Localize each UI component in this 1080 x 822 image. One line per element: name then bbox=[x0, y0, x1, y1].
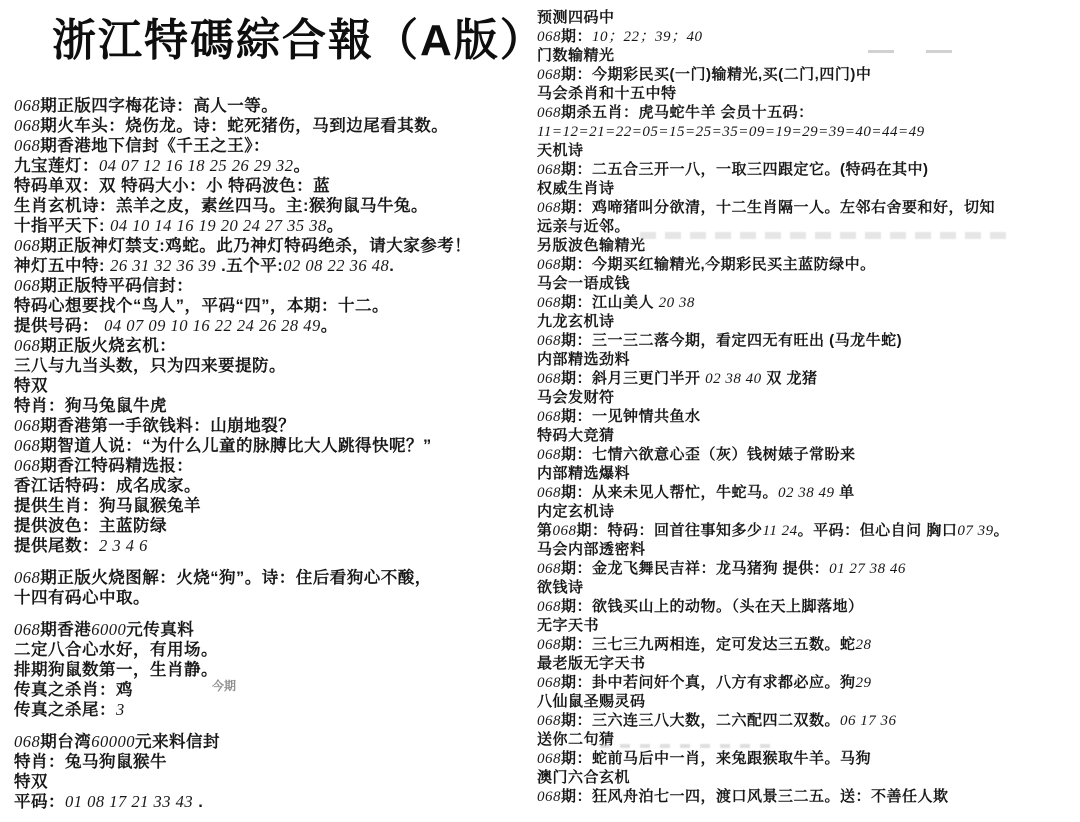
number-sequence: 068 bbox=[537, 599, 561, 615]
text-line: 特码大竞猜 bbox=[537, 426, 1077, 445]
text-line: 门数输精光 bbox=[537, 46, 1077, 65]
number-sequence: 29 bbox=[856, 675, 872, 691]
right-column: 预测四码中068期：10；22；39；40门数输精光068期：今期彩民买(一门)… bbox=[537, 8, 1077, 806]
text-line: 068期：三七三九两相连，定可发达三五数。蛇28 bbox=[537, 635, 1077, 654]
text-line: 二定八合心水好，有用场。 bbox=[14, 640, 524, 660]
number-sequence: 068 bbox=[14, 620, 40, 639]
text-line: 马会杀肖和十五中特 bbox=[537, 84, 1077, 103]
number-sequence: 3 bbox=[116, 700, 125, 719]
number-sequence: 11=12=21=22=05=15=25=35=09=19=29=39=40=4… bbox=[537, 124, 925, 140]
text-line: 068期香港地下信封《千王之王》： bbox=[14, 136, 524, 156]
text-line: 提供波色：主蓝防绿 bbox=[14, 516, 524, 536]
text-line: 068期香江特码精选报： bbox=[14, 456, 524, 476]
text-line: 预测四码中 bbox=[537, 8, 1077, 27]
number-sequence: 068 bbox=[537, 713, 561, 729]
number-sequence: 04 07 12 16 18 25 26 29 32 bbox=[99, 156, 294, 175]
number-sequence: 068 bbox=[537, 162, 561, 178]
number-sequence: 068 bbox=[14, 276, 40, 295]
number-sequence: 6000 bbox=[91, 620, 126, 639]
number-sequence: 068 bbox=[537, 257, 561, 273]
number-sequence: 068 bbox=[14, 236, 40, 255]
number-sequence: 068 bbox=[14, 336, 40, 355]
number-sequence: 068 bbox=[14, 96, 40, 115]
text-line: 另版波色输精光 bbox=[537, 236, 1077, 255]
text-line: 068期：欲钱买山上的动物。（头在天上脚落地） bbox=[537, 597, 1077, 616]
text-line: 068期台湾60000元来料信封 bbox=[14, 732, 524, 752]
left-column: 068期正版四字梅花诗：高人一等。068期火车头：烧伤龙。诗：蛇死猪伤，马到边尾… bbox=[14, 96, 524, 812]
number-sequence: 02 38 49 bbox=[778, 485, 835, 501]
number-sequence: 068 bbox=[14, 136, 40, 155]
text-line: 传真之杀肖：鸡 bbox=[14, 680, 524, 700]
text-line: 提供号码： 04 07 09 10 16 22 24 26 28 49。 bbox=[14, 316, 524, 336]
text-line: 068期：江山美人 20 38 bbox=[537, 293, 1077, 312]
text-line: 068期：一见钟情共鱼水 bbox=[537, 407, 1077, 426]
number-sequence: 068 bbox=[537, 409, 561, 425]
text-line: 068期香港第一手欲钱料：山崩地裂？ bbox=[14, 416, 524, 436]
text-line: 提供尾数：2 3 4 6 bbox=[14, 536, 524, 556]
text-line: 马会内部透密料 bbox=[537, 540, 1077, 559]
text-line: 068期火车头：烧伤龙。诗：蛇死猪伤，马到边尾看其数。 bbox=[14, 116, 524, 136]
newspaper-page: 浙江特碼綜合報（A版） 068期正版四字梅花诗：高人一等。068期火车头：烧伤龙… bbox=[0, 0, 1080, 822]
text-line: 068期正版火烧图解：火烧“狗”。诗：住后看狗心不酸， bbox=[14, 568, 524, 588]
text-line: 068期：卦中若问奸个真，八方有求都必应。狗29 bbox=[537, 673, 1077, 692]
number-sequence: 068 bbox=[14, 416, 40, 435]
text-line: 最老版无字天书 bbox=[537, 654, 1077, 673]
text-line: 九龙玄机诗 bbox=[537, 312, 1077, 331]
text-line: 香江话特码：成名成家。 bbox=[14, 476, 524, 496]
number-sequence: 068 bbox=[537, 105, 561, 121]
text-line: 十四有码心中取。 bbox=[14, 588, 524, 608]
number-sequence: 07 39 bbox=[957, 523, 993, 539]
text-line: 送你二句猜 bbox=[537, 730, 1077, 749]
number-sequence: 01 27 38 46 bbox=[829, 561, 906, 577]
text-line: 三八与九当头数，只为四来要提防。 bbox=[14, 356, 524, 376]
number-sequence: 068 bbox=[14, 732, 40, 751]
blank-line bbox=[14, 556, 524, 568]
number-sequence: 2 3 4 6 bbox=[99, 536, 148, 555]
number-sequence: 068 bbox=[14, 456, 40, 475]
number-sequence: 20 38 bbox=[659, 295, 695, 311]
number-sequence: 26 31 32 36 39 bbox=[110, 256, 216, 275]
number-sequence: 068 bbox=[537, 29, 561, 45]
text-line: 特肖：狗马兔鼠牛虎 bbox=[14, 396, 524, 416]
text-line: 第068期：特码：回首往事知多少11 24。平码：但心自问 胸口07 39。 bbox=[537, 521, 1077, 540]
number-sequence: 10；22；39；40 bbox=[592, 29, 703, 45]
blank-line bbox=[14, 608, 524, 620]
number-sequence: 068 bbox=[537, 789, 561, 805]
text-line: 068期：金龙飞舞民吉祥：龙马猪狗 提供：01 27 38 46 bbox=[537, 559, 1077, 578]
text-line: 068期：斜月三更门半开 02 38 40 双 龙猪 bbox=[537, 369, 1077, 388]
text-line: 特码单双：双 特码大小：小 特码波色：蓝 bbox=[14, 176, 524, 196]
number-sequence: 04 07 09 10 16 22 24 26 28 49 bbox=[104, 316, 321, 335]
number-sequence: 28 bbox=[856, 637, 872, 653]
text-line: 内定玄机诗 bbox=[537, 502, 1077, 521]
text-line: 内部精选爆料 bbox=[537, 464, 1077, 483]
blank-line bbox=[14, 720, 524, 732]
text-line: 马会一语成钱 bbox=[537, 274, 1077, 293]
number-sequence: 02 38 40 bbox=[705, 371, 762, 387]
text-line: 平码：01 08 17 21 33 43 . bbox=[14, 792, 524, 812]
text-line: 068期智道人说：“为什么儿童的脉膊比大人跳得快呢？” bbox=[14, 436, 524, 456]
number-sequence: 02 08 22 36 48 bbox=[283, 256, 389, 275]
number-sequence: 068 bbox=[537, 637, 561, 653]
page-title: 浙江特碼綜合報（A版） bbox=[52, 4, 546, 68]
text-line: 十指平天下: 04 10 14 16 19 20 24 27 35 38。 bbox=[14, 216, 524, 236]
text-line: 生肖玄机诗：羔羊之皮，素丝四马。主:猴狗鼠马牛兔。 bbox=[14, 196, 524, 216]
text-line: 068期正版特平码信封： bbox=[14, 276, 524, 296]
number-sequence: 068 bbox=[537, 333, 561, 349]
text-line: 远亲与近邻。 bbox=[537, 217, 1077, 236]
text-line: 068期杀五肖：虎马蛇牛羊 会员十五码： bbox=[537, 103, 1077, 122]
number-sequence: 068 bbox=[537, 447, 561, 463]
number-sequence: 068 bbox=[537, 675, 561, 691]
text-line: 068期正版火烧玄机： bbox=[14, 336, 524, 356]
number-sequence: 06 17 36 bbox=[840, 713, 897, 729]
text-line: 排期狗鼠数第一，生肖静。 bbox=[14, 660, 524, 680]
text-line: 天机诗 bbox=[537, 141, 1077, 160]
text-line: 068期：蛇前马后中一肖，来兔跟猴取牛羊。马狗 bbox=[537, 749, 1077, 768]
text-line: 提供生肖：狗马鼠猴兔羊 bbox=[14, 496, 524, 516]
number-sequence: 068 bbox=[537, 751, 561, 767]
number-sequence: 04 10 14 16 19 20 24 27 35 38 bbox=[110, 216, 327, 235]
text-line: 特码心想要找个“鸟人”，平码“四”，本期：十二。 bbox=[14, 296, 524, 316]
number-sequence: 068 bbox=[553, 523, 577, 539]
text-line: 068期：今期买红输精光,今期彩民买主蓝防绿中。 bbox=[537, 255, 1077, 274]
text-line: 068期：狂风舟泊七一四，渡口风景三二五。送：不善任人欺 bbox=[537, 787, 1077, 806]
text-line: 特双 bbox=[14, 376, 524, 396]
text-line: 068期正版四字梅花诗：高人一等。 bbox=[14, 96, 524, 116]
number-sequence: 068 bbox=[537, 295, 561, 311]
text-line: 068期：二五合三开一八，一取三四跟定它。(特码在其中) bbox=[537, 160, 1077, 179]
text-line: 068期：今期彩民买(一门)输精光,买(二门,四门)中 bbox=[537, 65, 1077, 84]
text-line: 澳门六合玄机 bbox=[537, 768, 1077, 787]
text-line: 欲钱诗 bbox=[537, 578, 1077, 597]
text-line: 068期：三一三二落今期，看定四无有旺出 (马龙牛蛇) bbox=[537, 331, 1077, 350]
text-line: 内部精选劲料 bbox=[537, 350, 1077, 369]
number-sequence: 068 bbox=[537, 561, 561, 577]
text-line: 068期：从来未见人帮忙，牛蛇马。02 38 49 单 bbox=[537, 483, 1077, 502]
faint-watermark-text: 今期 bbox=[212, 677, 236, 694]
text-line: 068期：10；22；39；40 bbox=[537, 27, 1077, 46]
number-sequence: 60000 bbox=[91, 732, 135, 751]
text-line: 068期：鸡啼猪叫分欲清，十二生肖隔一人。左邻右舍要和好，切知 bbox=[537, 198, 1077, 217]
number-sequence: 068 bbox=[537, 67, 561, 83]
text-line: 068期：七情六欲意心歪（灰）钱树婊子常盼来 bbox=[537, 445, 1077, 464]
number-sequence: 068 bbox=[14, 116, 40, 135]
text-line: 11=12=21=22=05=15=25=35=09=19=29=39=40=4… bbox=[537, 122, 1077, 141]
text-line: 八仙鼠圣赐灵码 bbox=[537, 692, 1077, 711]
number-sequence: 068 bbox=[537, 200, 561, 216]
number-sequence: 11 24 bbox=[763, 523, 798, 539]
text-line: 权威生肖诗 bbox=[537, 179, 1077, 198]
text-line: 马会发财符 bbox=[537, 388, 1077, 407]
text-line: 068期正版神灯禁支:鸡蛇。此乃神灯特码绝杀，请大家参考！ bbox=[14, 236, 524, 256]
number-sequence: 068 bbox=[537, 371, 561, 387]
number-sequence: 068 bbox=[14, 436, 40, 455]
text-line: 068期：三六连三八大数，二六配四二双数。06 17 36 bbox=[537, 711, 1077, 730]
text-line: 特肖：兔马狗鼠猴牛 bbox=[14, 752, 524, 772]
text-line: 无字天书 bbox=[537, 616, 1077, 635]
text-line: 九宝莲灯：04 07 12 16 18 25 26 29 32。 bbox=[14, 156, 524, 176]
text-line: 神灯五中特: 26 31 32 36 39 .五个平:02 08 22 36 4… bbox=[14, 256, 524, 276]
number-sequence: 068 bbox=[14, 568, 40, 587]
number-sequence: 01 08 17 21 33 43 bbox=[65, 792, 193, 811]
text-line: 特双 bbox=[14, 772, 524, 792]
text-line: 068期香港6000元传真料 bbox=[14, 620, 524, 640]
number-sequence: 068 bbox=[537, 485, 561, 501]
text-line: 传真之杀尾：3 bbox=[14, 700, 524, 720]
